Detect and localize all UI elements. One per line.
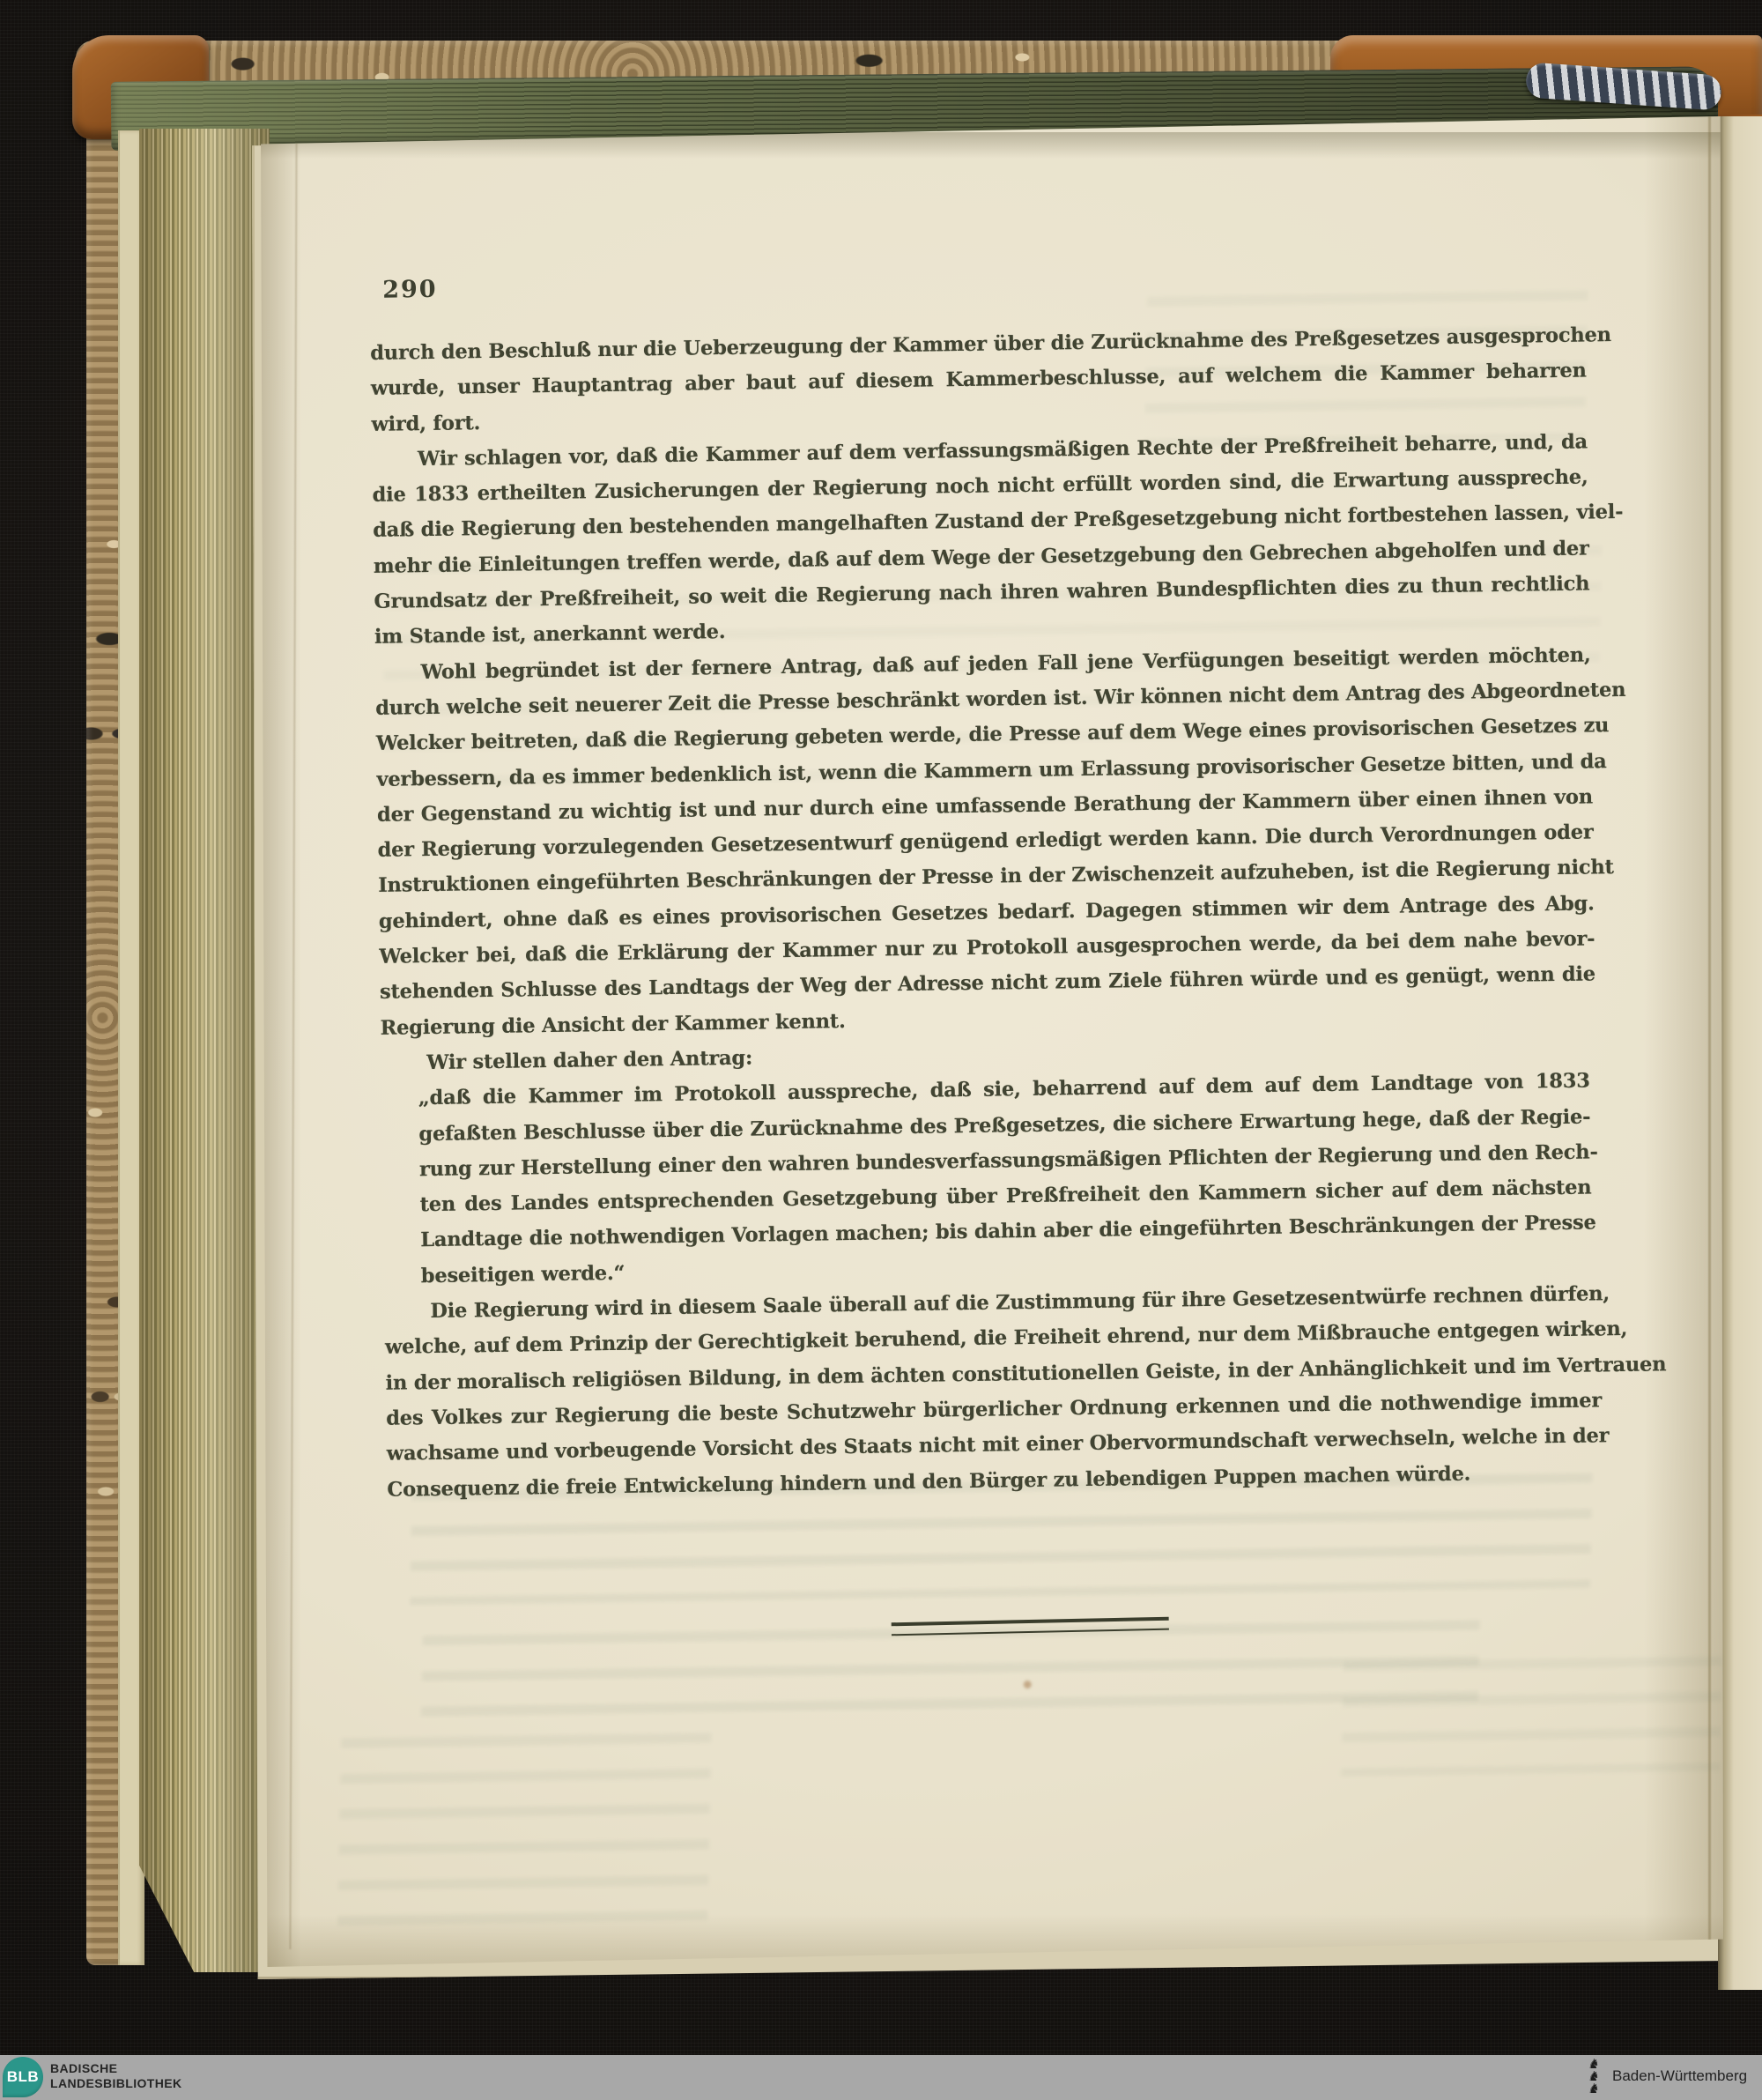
baden-wuerttemberg-coat-of-arms-icon: ♞ ♞ ♞ bbox=[1579, 2058, 1609, 2095]
page-number: 290 bbox=[382, 276, 438, 304]
foxing-spot bbox=[1024, 1681, 1032, 1688]
blb-logo: BLB bbox=[3, 2057, 43, 2097]
show-through-text bbox=[337, 1733, 711, 1932]
library-name: BADISCHE LANDESBIBLIOTHEK bbox=[50, 2061, 182, 2091]
text-block: durch den Beschluß nur die Ueberzeugung … bbox=[370, 323, 1603, 1513]
library-name-line1: BADISCHE bbox=[50, 2061, 182, 2076]
show-through-text bbox=[1341, 1656, 1722, 1776]
blb-logo-text: BLB bbox=[7, 2068, 39, 2086]
attribution-bar: BLB BADISCHE LANDESBIBLIOTHEK ♞ ♞ ♞ Bade… bbox=[0, 2055, 1762, 2100]
state-label: Baden-Württemberg bbox=[1612, 2067, 1747, 2085]
show-through-text bbox=[421, 1620, 1480, 1733]
scan-viewer: 290 durch den Beschluß nur die Ueberzeug… bbox=[0, 0, 1762, 2100]
library-name-line2: LANDESBIBLIOTHEK bbox=[50, 2076, 182, 2091]
page-content: 290 durch den Beschluß nur die Ueberzeug… bbox=[257, 96, 1747, 1968]
page-stack-fore-edge bbox=[139, 129, 270, 1972]
